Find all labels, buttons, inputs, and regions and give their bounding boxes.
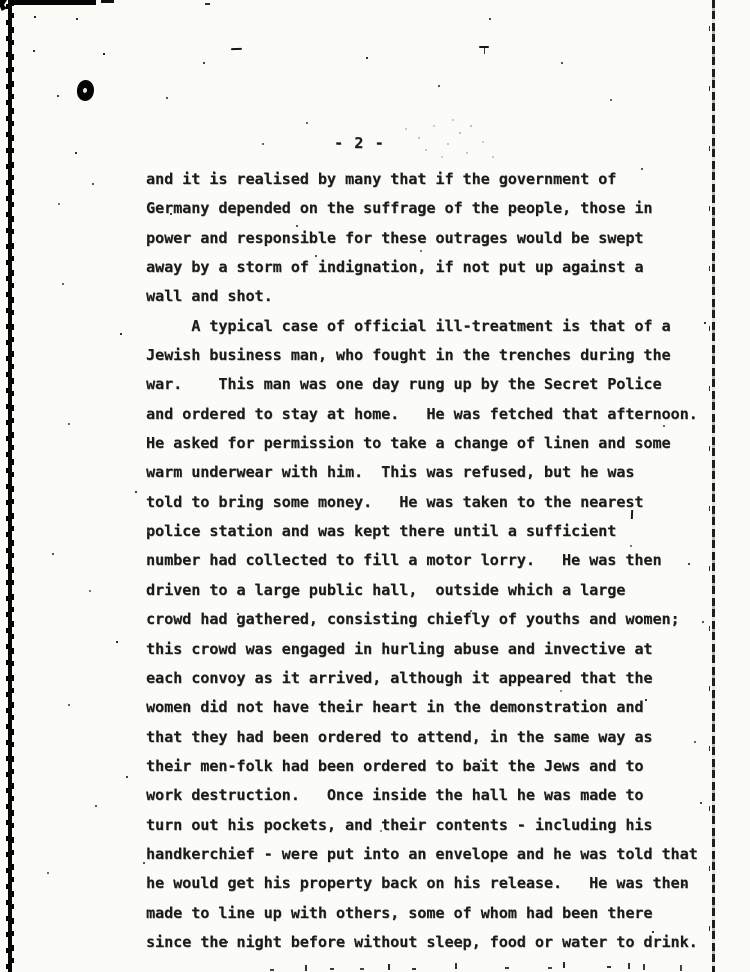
- scan-artifact-top-strip: [13, 0, 96, 5]
- scan-edge-right: [712, 0, 715, 972]
- scanned-document-page: - 2 - and it is realised by many that if…: [0, 0, 750, 972]
- stray-dash-mark: [479, 46, 489, 48]
- scan-artifact-dash: [205, 3, 210, 5]
- page-number: - 2 -: [334, 134, 385, 152]
- cutoff-line-fragments: [0, 0, 4, 2]
- ink-blob-mark: [76, 79, 96, 102]
- scan-artifact-dash: [101, 0, 114, 3]
- scan-edge-left: [8, 0, 12, 972]
- stray-ink-tick: [631, 510, 633, 519]
- typewritten-body-text: and it is realised by many that if the g…: [146, 165, 698, 957]
- stray-dash-mark: [231, 48, 242, 50]
